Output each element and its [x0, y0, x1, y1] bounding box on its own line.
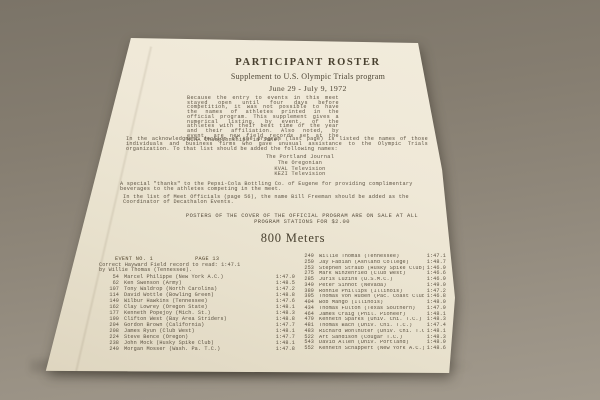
best-time: 1:47.8	[273, 346, 295, 352]
roster-left-column: EVENT NO. 1 PAGE 13 Correct Hayward Fiel…	[95, 256, 295, 352]
roster-left-rows: 54Marcel Philippe (New York A.C.)1:47.06…	[95, 274, 295, 353]
bib-number: 240	[95, 346, 119, 352]
paper-sheet: PARTICIPANT ROSTER Supplement to U.S. Ol…	[40, 30, 455, 380]
roster-document: PARTICIPANT ROSTER Supplement to U.S. Ol…	[40, 30, 455, 380]
paper-surface: PARTICIPANT ROSTER Supplement to U.S. Ol…	[40, 30, 455, 380]
roster-right-rows: 249Willie Thomas (Tennessee)1:47.1250Jay…	[296, 254, 446, 352]
athlete-name: Kenneth Schappert (New York A.C.)	[314, 346, 424, 352]
athlete-name: Morgan Mosser (Wash. Pa. T.C.)	[119, 346, 273, 352]
event-heading: 800 Meters	[193, 231, 393, 246]
roster-row: 240Morgan Mosser (Wash. Pa. T.C.)1:47.8	[95, 346, 295, 352]
document-title: PARTICIPANT ROSTER	[158, 57, 458, 68]
roster-right-column: 249Willie Thomas (Tennessee)1:47.1250Jay…	[296, 254, 446, 352]
record-note: Correct Hayward Field record to read: 1:…	[99, 263, 249, 273]
document-date: June 29 - July 9, 1972	[158, 84, 458, 93]
document-subtitle: Supplement to U.S. Olympic Trials progra…	[158, 72, 458, 81]
roster-row: 552Kenneth Schappert (New York A.C.)1:48…	[296, 346, 446, 352]
bib-number: 552	[296, 346, 314, 352]
acknowledgment-paragraph: In the acknowledgment section of the pro…	[126, 137, 428, 152]
posters-note: POSTERS OF THE COVER OF THE OFFICIAL PRO…	[152, 214, 452, 225]
photo-backdrop: PARTICIPANT ROSTER Supplement to U.S. Ol…	[0, 0, 600, 400]
officials-note: In the list of Meet Officials (page 56),…	[123, 195, 435, 205]
thanks-paragraph: A special "thanks" to the Pepsi-Cola Bot…	[120, 182, 438, 192]
added-names-list: The Portland Journal The Oregonian KVAL …	[150, 155, 450, 178]
added-name: KEZI Television	[150, 172, 450, 178]
best-time: 1:48.6	[424, 346, 446, 352]
